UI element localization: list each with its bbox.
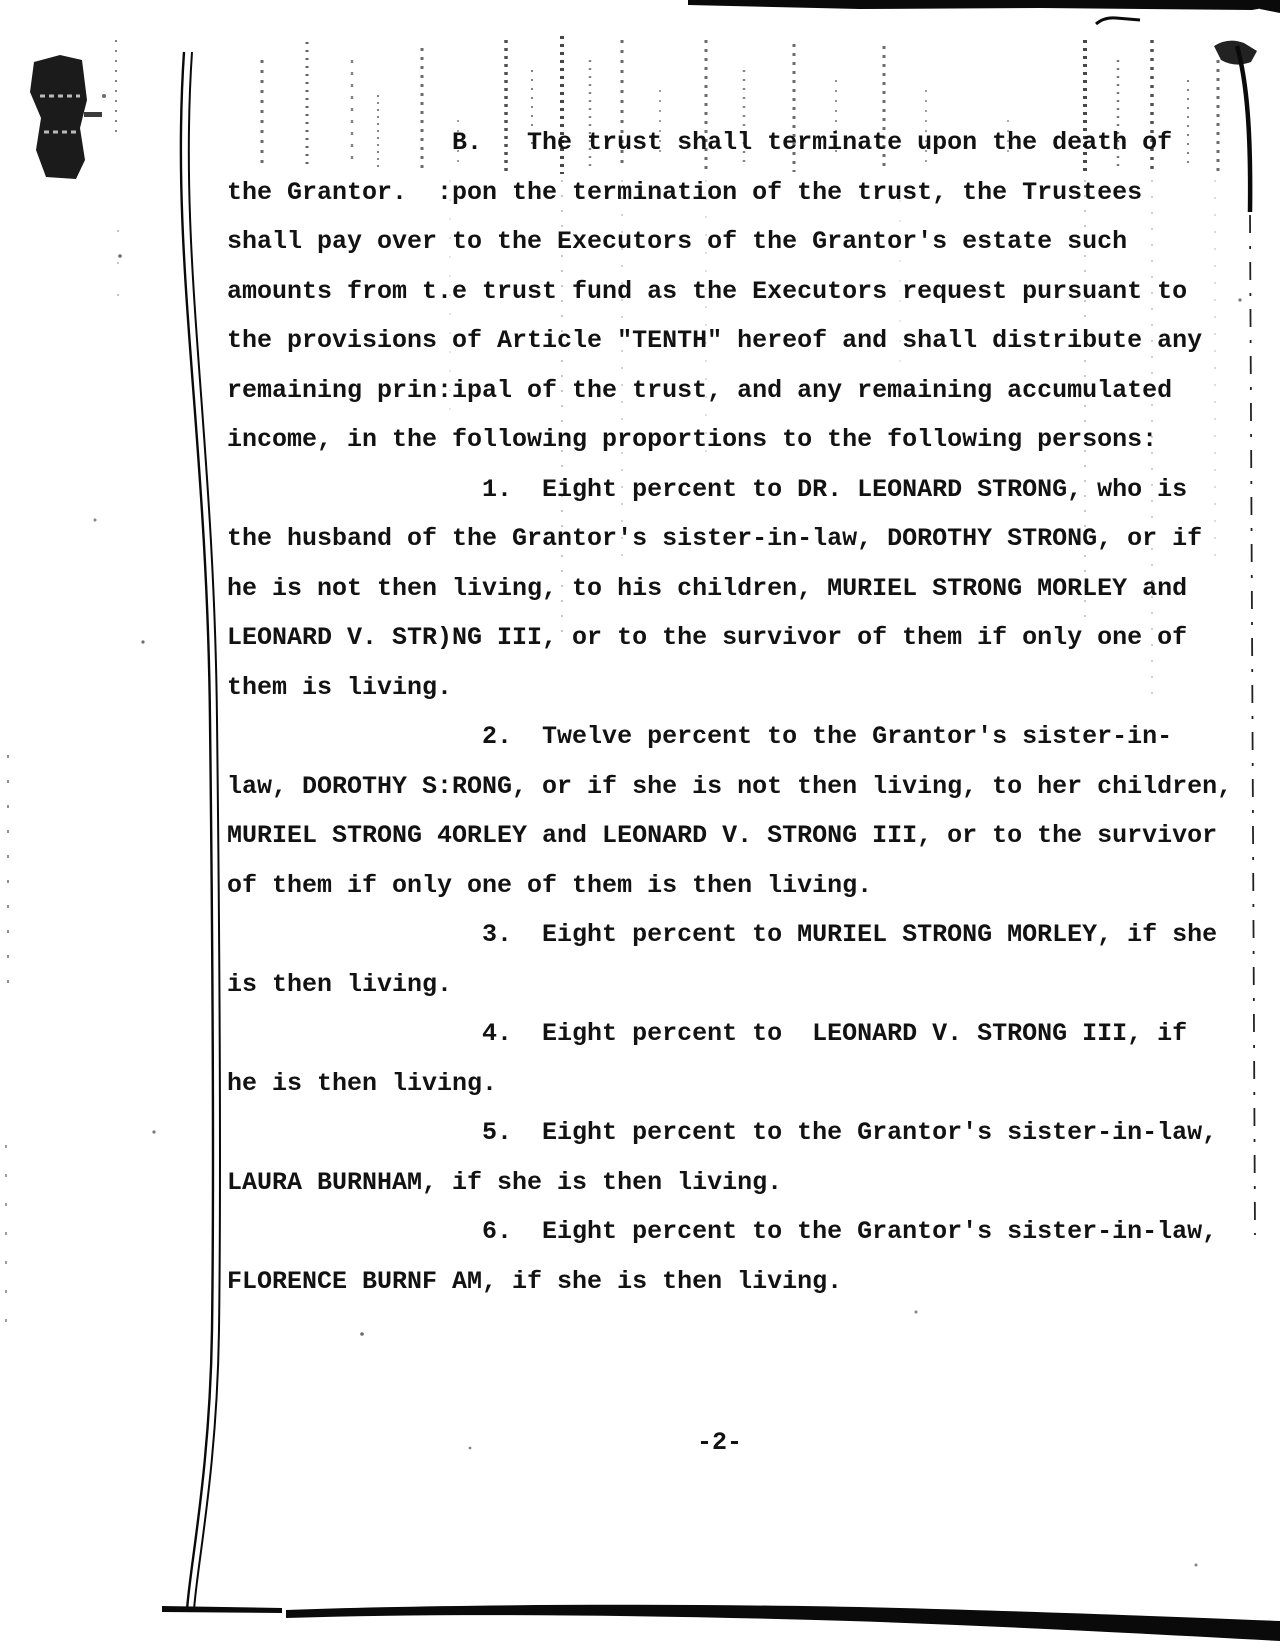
- text-line: the husband of the Grantor's sister-in-l…: [227, 514, 1260, 564]
- text-line: 2. Twelve percent to the Grantor's siste…: [227, 712, 1260, 762]
- bottom-bar-right: [286, 1605, 1280, 1641]
- top-scan-bar: [688, 0, 1280, 10]
- text-line: he is then living.: [227, 1059, 1260, 1109]
- text-line: 6. Eight percent to the Grantor's sister…: [227, 1207, 1260, 1257]
- text-line: is then living.: [227, 960, 1260, 1010]
- text-line: 5. Eight percent to the Grantor's sister…: [227, 1108, 1260, 1158]
- text-line: remaining prin:ipal of the trust, and an…: [227, 366, 1260, 416]
- binding-line-outer: [181, 52, 213, 1610]
- text-line: MURIEL STRONG 4ORLEY and LEONARD V. STRO…: [227, 811, 1260, 861]
- toner-blob: [30, 55, 87, 179]
- text-line: the provisions of Article "TENTH" hereof…: [227, 316, 1260, 366]
- top-dash-mark: [1096, 18, 1140, 24]
- text-line: 3. Eight percent to MURIEL STRONG MORLEY…: [227, 910, 1260, 960]
- binding-line-inner: [189, 52, 220, 1610]
- text-line: LEONARD V. STR)NG III, or to the survivo…: [227, 613, 1260, 663]
- bottom-bar-left: [162, 1606, 282, 1613]
- top-right-corner-mark: [1254, 0, 1280, 13]
- document-page: B. The trust shall terminate upon the de…: [0, 0, 1280, 1648]
- text-line: the Grantor. :pon the termination of the…: [227, 168, 1260, 218]
- text-line: FLORENCE BURNF AM, if she is then living…: [227, 1257, 1260, 1307]
- page-number: -2-: [697, 1418, 742, 1468]
- text-line: shall pay over to the Executors of the G…: [227, 217, 1260, 267]
- text-line: he is not then living, to his children, …: [227, 564, 1260, 614]
- text-line: law, DOROTHY S:RONG, or if she is not th…: [227, 762, 1260, 812]
- text-line: amounts from t.e trust fund as the Execu…: [227, 267, 1260, 317]
- text-line: them is living.: [227, 663, 1260, 713]
- document-text: B. The trust shall terminate upon the de…: [227, 118, 1260, 1306]
- text-line: of them if only one of them is then livi…: [227, 861, 1260, 911]
- text-line: B. The trust shall terminate upon the de…: [227, 118, 1260, 168]
- corner-ink-blob: [1214, 41, 1257, 65]
- text-line: 4. Eight percent to LEONARD V. STRONG II…: [227, 1009, 1260, 1059]
- text-line: income, in the following proportions to …: [227, 415, 1260, 465]
- margin-dotted-traces: [6, 230, 118, 1345]
- text-line: LAURA BURNHAM, if she is then living.: [227, 1158, 1260, 1208]
- text-line: 1. Eight percent to DR. LEONARD STRONG, …: [227, 465, 1260, 515]
